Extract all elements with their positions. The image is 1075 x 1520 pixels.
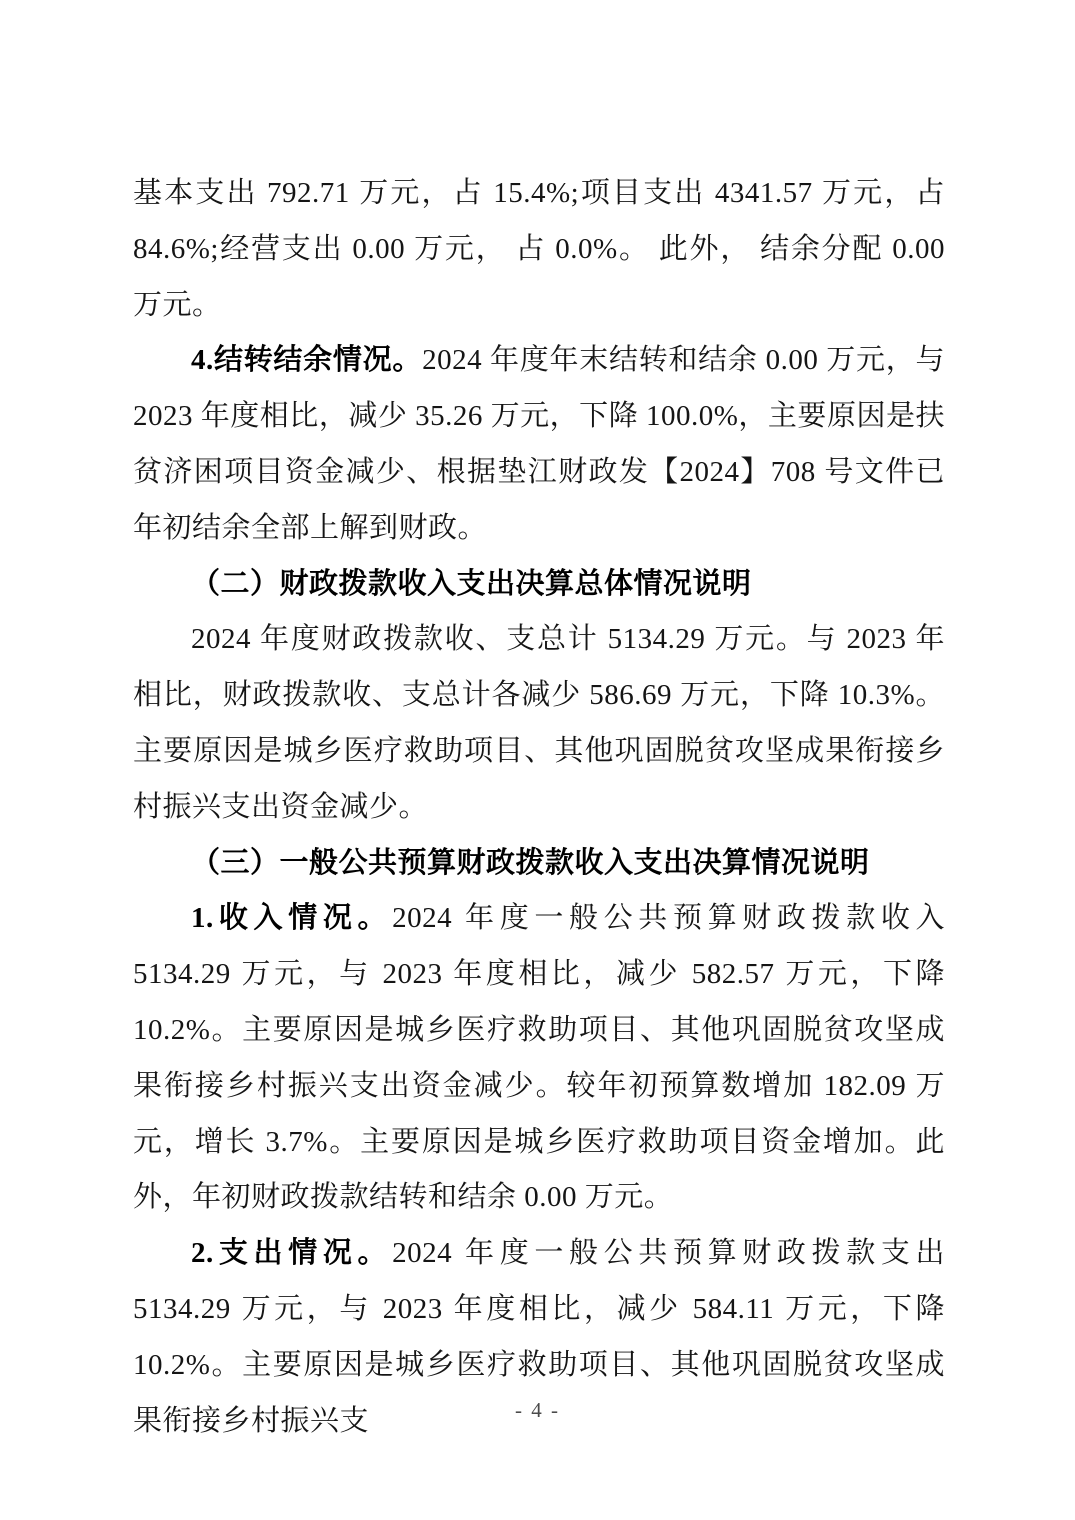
document-page: 基本支出 792.71 万元，占 15.4%;项目支出 4341.57 万元，占… — [0, 0, 1075, 1520]
paragraph-carryover-balance: 4.结转结余情况。2024 年度年末结转和结余 0.00 万元，与 2023 年… — [133, 333, 945, 556]
section-heading-3: （三）一般公共预算财政拨款收入支出决算情况说明 — [133, 836, 945, 892]
heading-text: （三）一般公共预算财政拨款收入支出决算情况说明 — [191, 847, 870, 879]
page-number: - 4 - — [0, 1398, 1075, 1423]
paragraph-text: 2024 年度一般公共预算财政拨款收入 5134.29 万元，与 2023 年度… — [133, 902, 945, 1213]
page-body: 基本支出 792.71 万元，占 15.4%;项目支出 4341.57 万元，占… — [133, 166, 945, 1449]
heading-text: （二）财政拨款收入支出决算总体情况说明 — [191, 568, 752, 600]
paragraph-lead: 4.结转结余情况。 — [191, 344, 422, 376]
paragraph-fiscal-total: 2024 年度财政拨款收、支总计 5134.29 万元。与 2023 年相比，财… — [133, 612, 945, 835]
paragraph-text: 基本支出 792.71 万元，占 15.4%;项目支出 4341.57 万元，占… — [133, 177, 945, 321]
paragraph-continuation: 基本支出 792.71 万元，占 15.4%;项目支出 4341.57 万元，占… — [133, 166, 945, 333]
paragraph-income: 1.收入情况。2024 年度一般公共预算财政拨款收入 5134.29 万元，与 … — [133, 891, 945, 1226]
paragraph-text: 2024 年度财政拨款收、支总计 5134.29 万元。与 2023 年相比，财… — [133, 623, 945, 822]
section-heading-2: （二）财政拨款收入支出决算总体情况说明 — [133, 557, 945, 613]
paragraph-lead: 2.支出情况。 — [191, 1237, 392, 1269]
paragraph-lead: 1.收入情况。 — [191, 902, 392, 934]
